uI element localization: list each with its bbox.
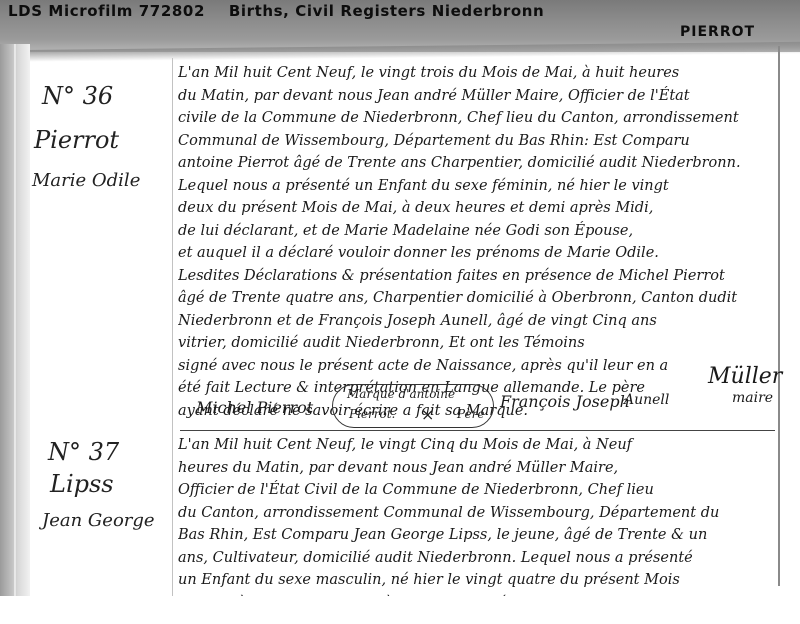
microfilm-header-band: LDS Microfilm 772802 Births, Civil Regis… [0, 0, 800, 52]
film-reel-id: LDS Microfilm 772802 [8, 2, 205, 20]
record-36-text: L'an Mil huit Cent Neuf, le vingt trois … [178, 62, 778, 422]
father-mark-box: Marque d'antoine Pierrot. × Père [332, 384, 494, 428]
signature-witness-aunell: Aunell [624, 392, 669, 408]
scan-cutoff [0, 596, 800, 624]
mayor-title: maire [732, 390, 773, 406]
register-title: Births, Civil Registers Niederbronn [229, 2, 545, 20]
record-line: Lequel nous a présenté un Enfant du sexe… [178, 175, 778, 198]
record-line: du Canton, arrondissement Communal de Wi… [178, 502, 778, 525]
record-line: et auquel il a déclaré vouloir donner le… [178, 242, 778, 265]
record-line: Communal de Wissembourg, Département du … [178, 130, 778, 153]
record-line: signé avec nous le présent acte de Naiss… [178, 355, 778, 378]
signature-witness-michel-pierrot: Michel Pierrot [196, 398, 313, 417]
record-line: âgé de Trente quatre ans, Charpentier do… [178, 287, 778, 310]
entry-given-names: Jean George [42, 510, 155, 531]
record-line: un Enfant du sexe masculin, né hier le v… [178, 569, 778, 592]
father-mark-label: Marque d'antoine [347, 387, 455, 401]
father-mark-name: Pierrot. [349, 407, 395, 421]
signature-mayor: Müller [708, 364, 782, 389]
record-line: Bas Rhin, Est Comparu Jean George Lipss,… [178, 524, 778, 547]
record-line: Lesdites Déclarations & présentation fai… [178, 265, 778, 288]
entry-surname: Pierrot [34, 126, 119, 154]
record-line: ans, Cultivateur, domicilié audit Nieder… [178, 547, 778, 570]
cross-mark-icon: × [421, 405, 434, 424]
record-line: Niederbronn et de François Joseph Aunell… [178, 310, 778, 333]
record-line: deux du présent Mois de Mai, à deux heur… [178, 197, 778, 220]
record-line: L'an Mil huit Cent Neuf, le vingt trois … [178, 62, 778, 85]
signature-witness-francois-joseph: François Joseph [500, 392, 630, 411]
record-line: de lui déclarant, et de Marie Madelaine … [178, 220, 778, 243]
record-line: du Matin, par devant nous Jean andré Mül… [178, 85, 778, 108]
record-37-text: L'an Mil huit Cent Neuf, le vingt Cinq d… [178, 434, 778, 614]
entry-number: N° 37 [48, 438, 119, 466]
entry-divider [180, 430, 775, 431]
record-line: vitrier, domicilié audit Niederbronn, Et… [178, 332, 778, 355]
page-right-border [778, 46, 780, 586]
record-line: L'an Mil huit Cent Neuf, le vingt Cinq d… [178, 434, 778, 457]
record-line: Officier de l'État Civil de la Commune d… [178, 479, 778, 502]
microfilm-label: LDS Microfilm 772802 Births, Civil Regis… [8, 2, 562, 20]
book-spine-edge [0, 44, 30, 624]
father-mark-role: Père [457, 407, 484, 421]
entry-surname: Lipss [50, 470, 114, 498]
surname-tag: PIERROT [680, 24, 755, 40]
record-line: antoine Pierrot âgé de Trente ans Charpe… [178, 152, 778, 175]
margin-rule [172, 58, 173, 598]
record-line: heures du Matin, par devant nous Jean an… [178, 457, 778, 480]
record-line: civile de la Commune de Niederbronn, Che… [178, 107, 778, 130]
entry-given-names: Marie Odile [32, 170, 140, 191]
entry-number: N° 36 [42, 82, 113, 110]
